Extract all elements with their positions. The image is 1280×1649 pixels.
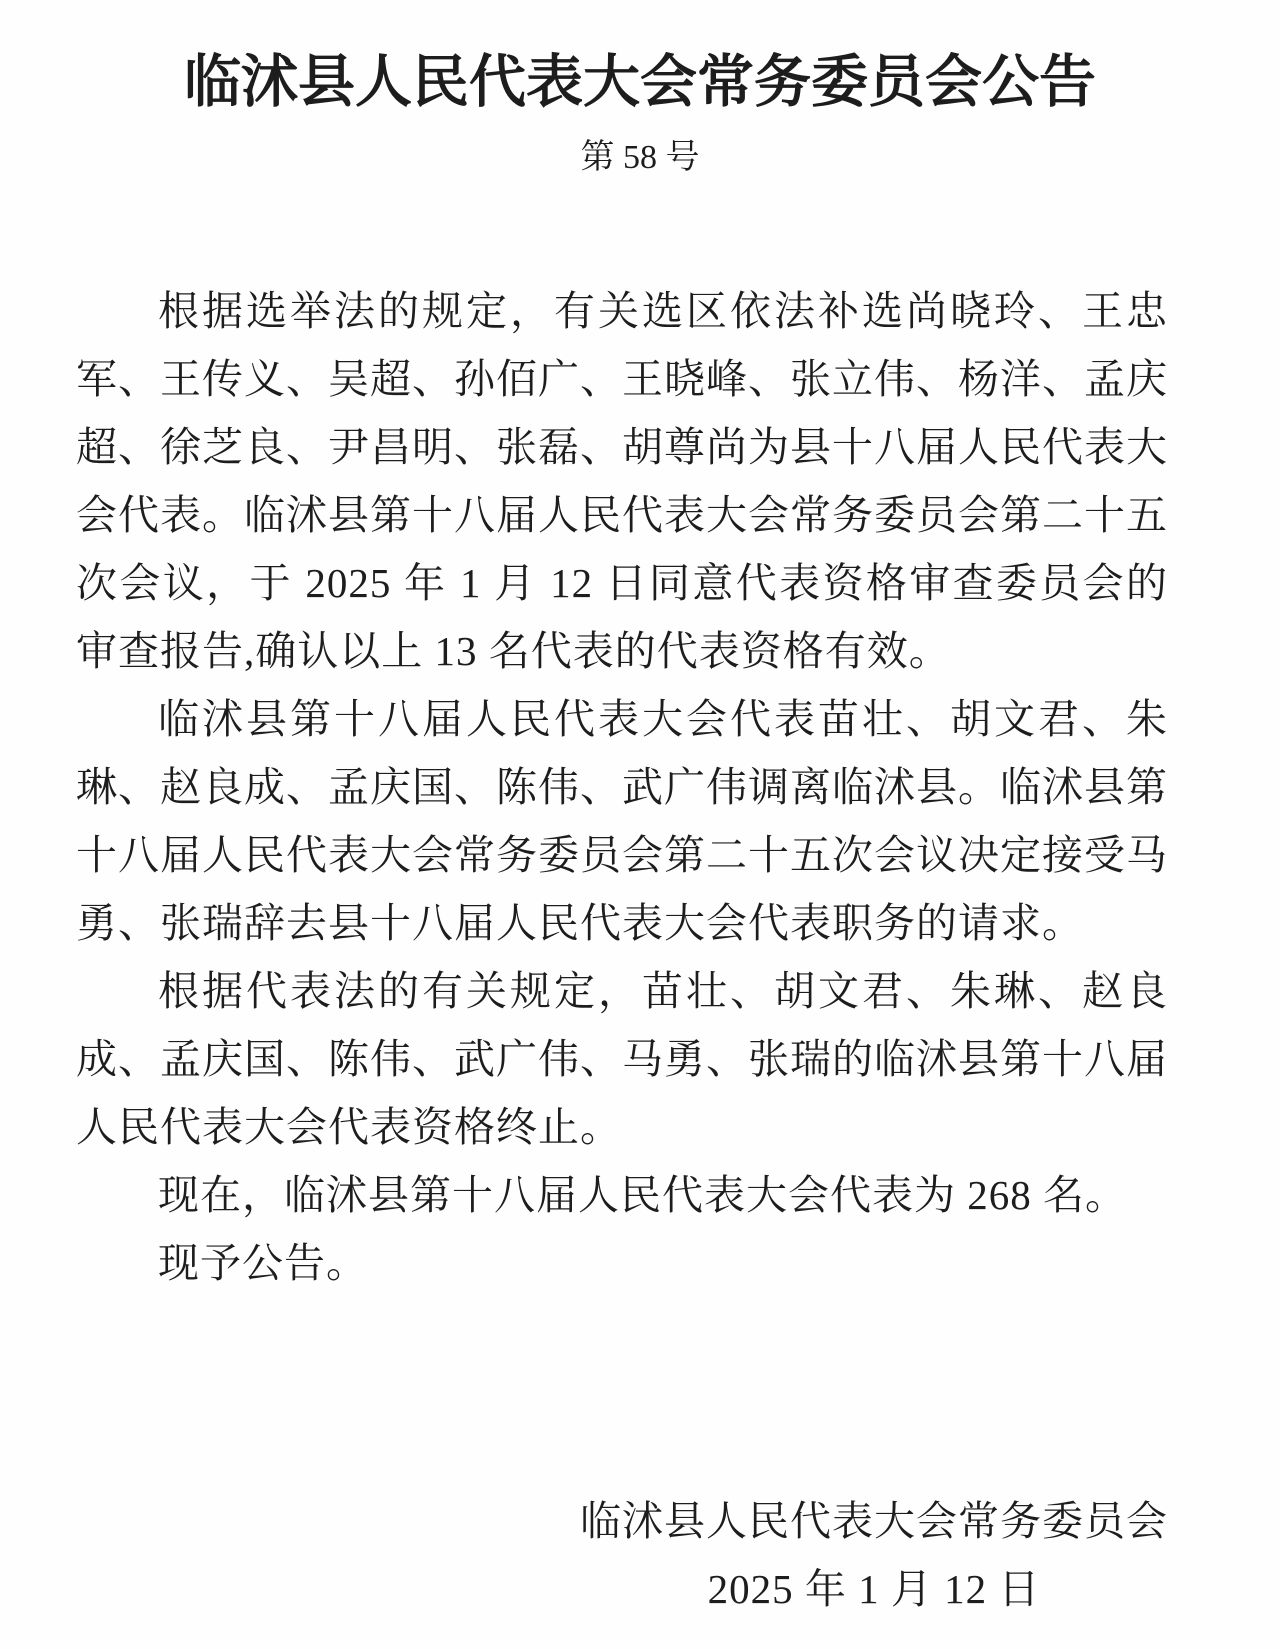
issue-date: 2025 年 1 月 12 日 — [580, 1555, 1168, 1623]
paragraph-closing: 现予公告。 — [76, 1229, 1168, 1297]
announcement-page: 临沭县人民代表大会常务委员会公告 第 58 号 根据选举法的规定，有关选区依法补… — [0, 0, 1280, 1649]
document-body: 根据选举法的规定，有关选区依法补选尚晓玲、王忠军、王传义、吴超、孙佰广、王晓峰、… — [76, 277, 1168, 1297]
document-number: 第 58 号 — [0, 138, 1280, 177]
paragraph-total-count: 现在，临沭县第十八届人民代表大会代表为 268 名。 — [76, 1161, 1168, 1229]
signature-block: 临沭县人民代表大会常务委员会 2025 年 1 月 12 日 — [580, 1487, 1168, 1623]
paragraph-transfer-resignation: 临沭县第十八届人民代表大会代表苗壮、胡文君、朱琳、赵良成、孟庆国、陈伟、武广伟调… — [76, 685, 1168, 957]
document-title: 临沭县人民代表大会常务委员会公告 — [0, 0, 1280, 116]
paragraph-qualification-termination: 根据代表法的有关规定，苗壮、胡文君、朱琳、赵良成、孟庆国、陈伟、武广伟、马勇、张… — [76, 957, 1168, 1161]
issuer-name: 临沭县人民代表大会常务委员会 — [580, 1487, 1168, 1555]
paragraph-election-supplement: 根据选举法的规定，有关选区依法补选尚晓玲、王忠军、王传义、吴超、孙佰广、王晓峰、… — [76, 277, 1168, 685]
